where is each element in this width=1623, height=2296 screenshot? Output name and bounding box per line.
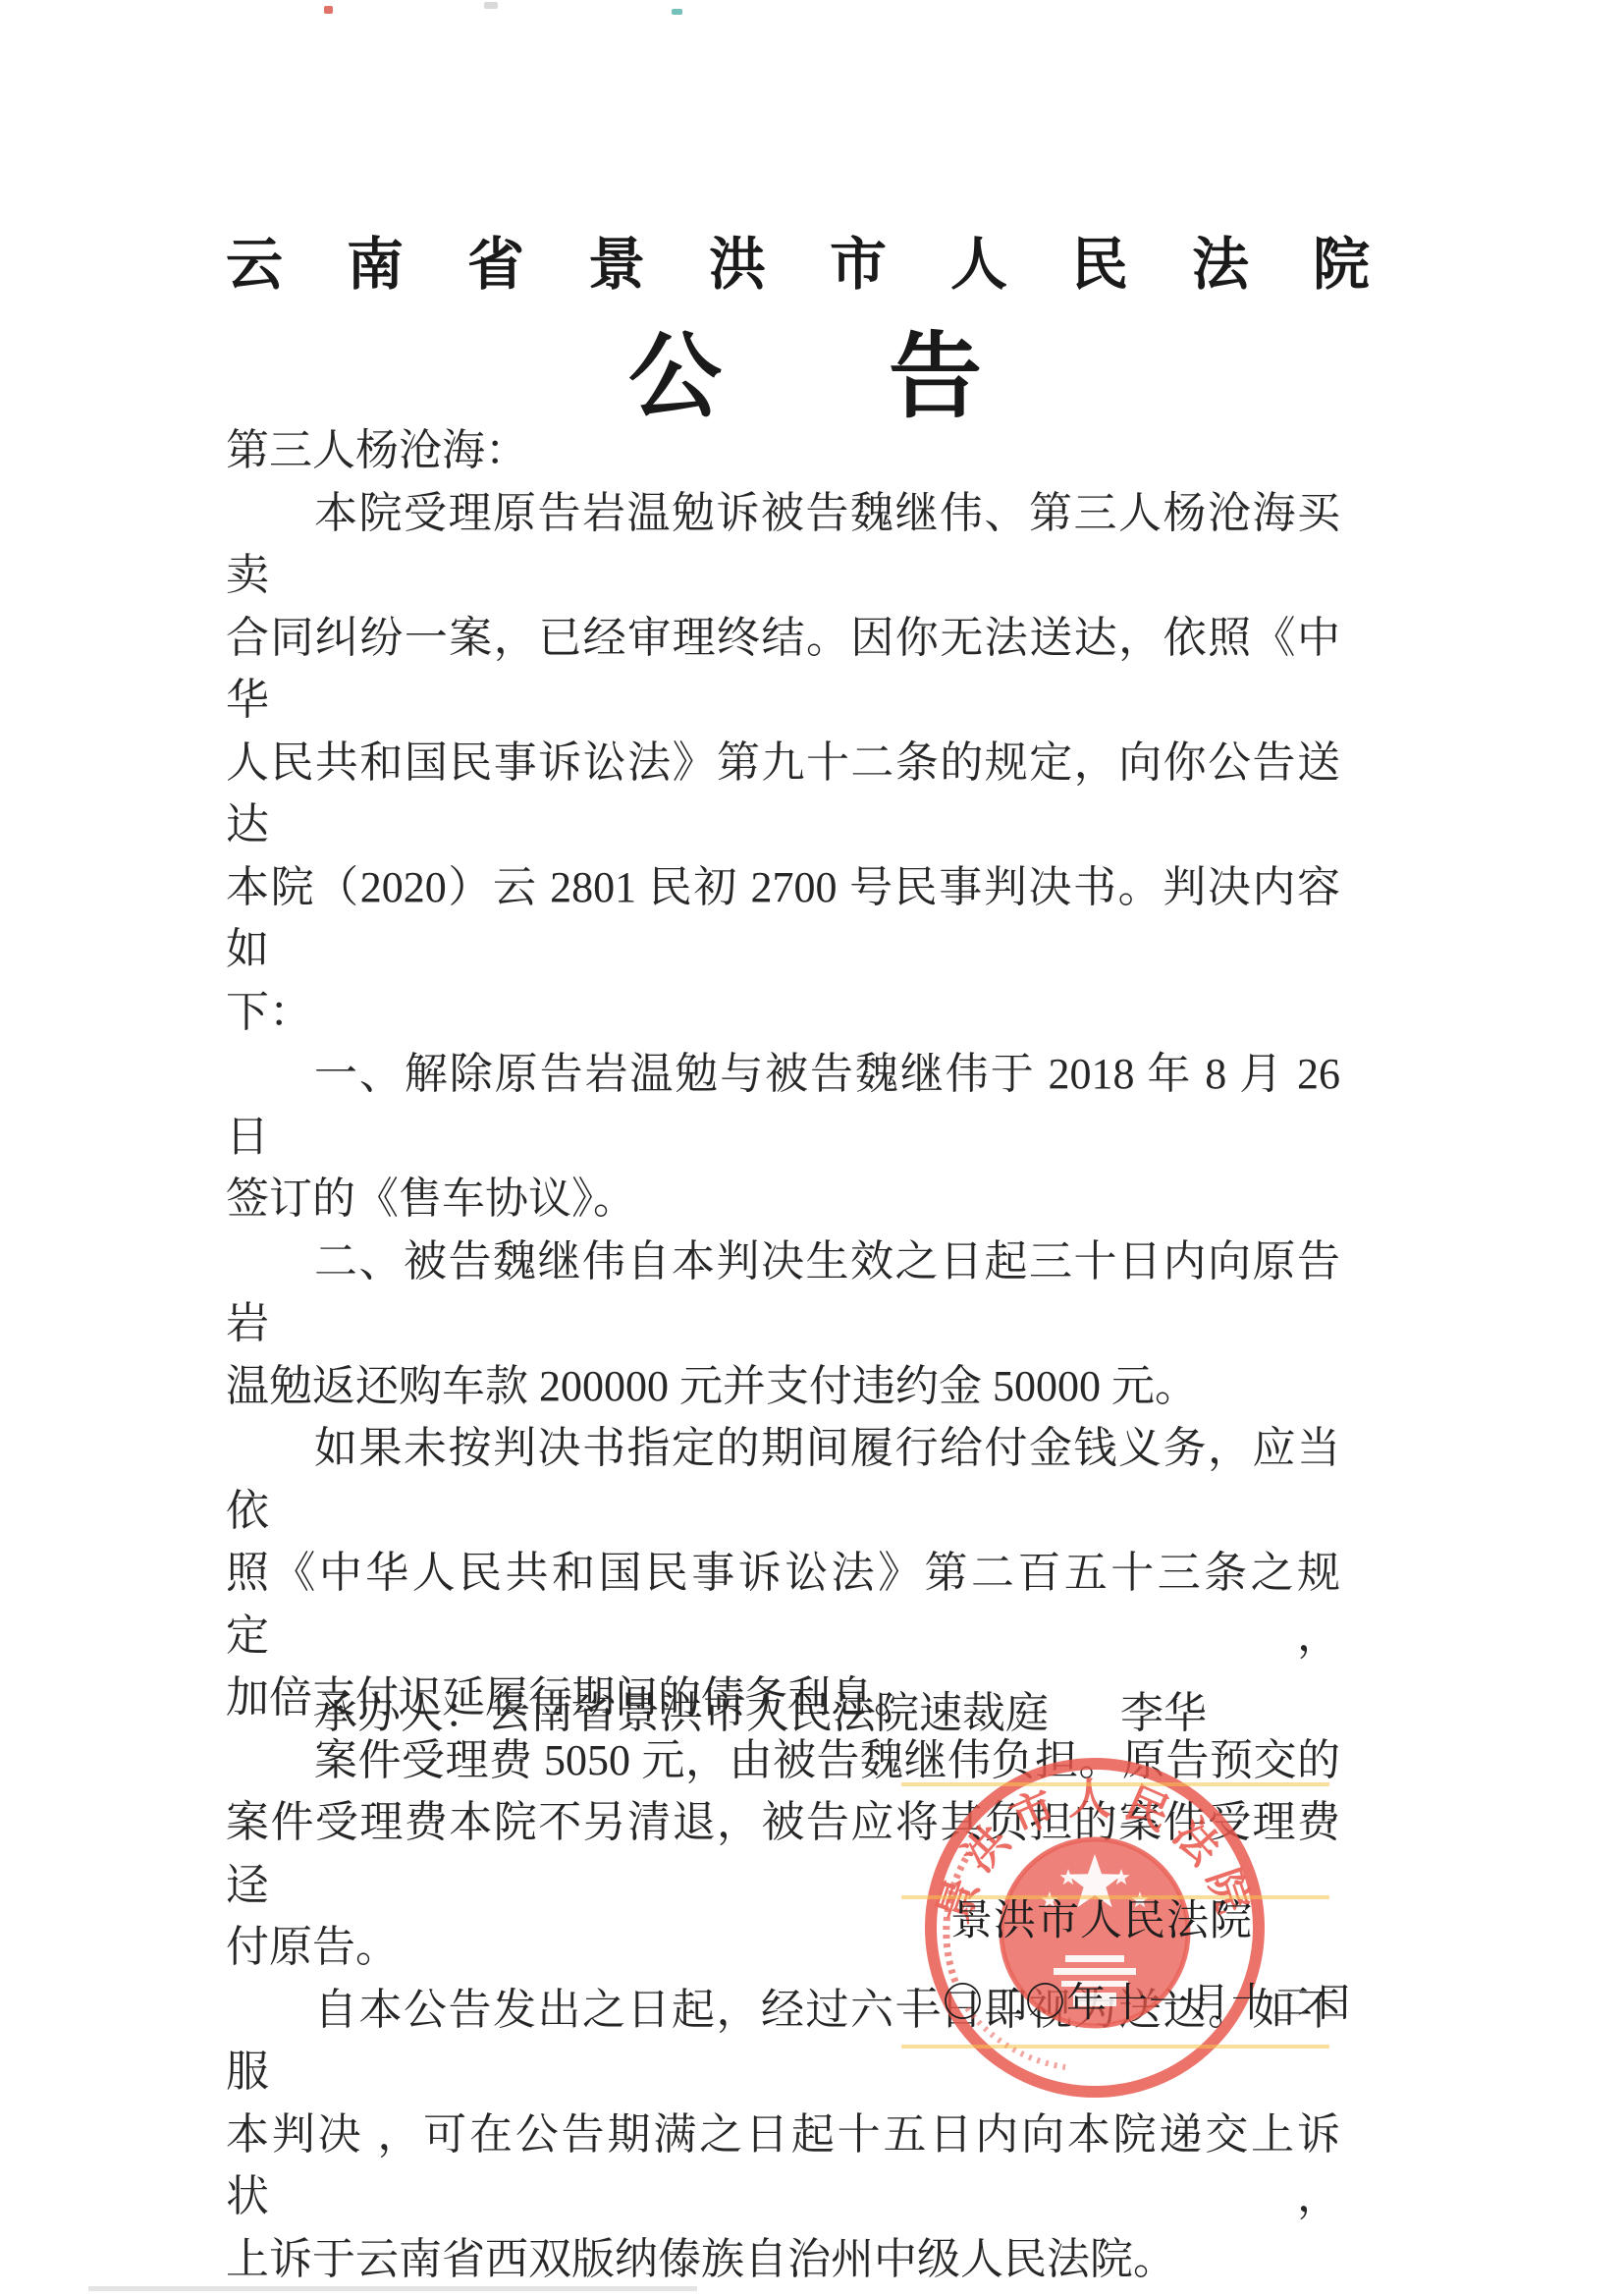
- scan-speck-red: [324, 6, 333, 14]
- scan-artifact-line: [901, 1782, 1329, 1786]
- announcement-title: 公告: [628, 302, 1149, 436]
- body-line: 如果未按判决书指定的期间履行给付金钱义务，应当依: [226, 1417, 1340, 1542]
- body-line: 本院受理原告岩温勉诉被告魏继伟、第三人杨沧海买卖: [226, 482, 1340, 607]
- handler-name: 李华: [1120, 1689, 1207, 1737]
- document-page: 云南省景洪市人民法院 公告 第三人杨沧海： 本院受理原告岩温勉诉被告魏继伟、第三…: [0, 0, 1623, 2296]
- scan-artifact-line: [901, 2045, 1329, 2049]
- handler-line: 承办人：云南省景洪市人民法院速裁庭李华: [226, 1682, 1365, 1745]
- body-line: 签订的《售车协议》。: [226, 1168, 1340, 1230]
- handler-label: 承办人：: [314, 1689, 487, 1737]
- body-line-judgment-2: 二、被告魏继伟自本判决生效之日起三十日内向原告岩: [226, 1230, 1340, 1355]
- court-title: 云南省景洪市人民法院: [226, 218, 1434, 301]
- scan-speck-teal: [672, 9, 682, 15]
- body-line: 下：: [226, 981, 1340, 1044]
- seal-date: 二〇二〇年十一月十二日: [901, 1970, 1355, 2028]
- body-line: 本判决 ，可在公告期满之日起十五日内向本院递交上诉状，: [226, 2104, 1340, 2228]
- body-line: 本院（2020）云 2801 民初 2700 号民事判决书。判决内容如: [226, 856, 1340, 981]
- scanner-edge-smudge: [88, 2286, 697, 2291]
- scan-speck-gray: [484, 2, 498, 9]
- handler-court: 云南省景洪市人民法院速裁庭: [487, 1689, 1049, 1737]
- body-line-salutation: 第三人杨沧海：: [226, 419, 1340, 482]
- body-line: 人民共和国民事诉讼法》第九十二条的规定，向你公告送达: [226, 732, 1340, 856]
- body-line: 上诉于云南省西双版纳傣族自治州中级人民法院。: [226, 2228, 1340, 2291]
- scan-artifact-line: [901, 1895, 1329, 1899]
- body-line-judgment-1: 一、解除原告岩温勉与被告魏继伟于 2018 年 8 月 26 日: [226, 1043, 1340, 1168]
- body-line: 合同纠纷一案，已经审理终结。因你无法送达，依照《中华: [226, 607, 1340, 732]
- body-line: 温勉返还购车款 200000 元并支付违约金 50000 元。: [226, 1355, 1340, 1418]
- body-line: 照《中华人民共和国民事诉讼法》第二百五十三条之规定，: [226, 1542, 1340, 1667]
